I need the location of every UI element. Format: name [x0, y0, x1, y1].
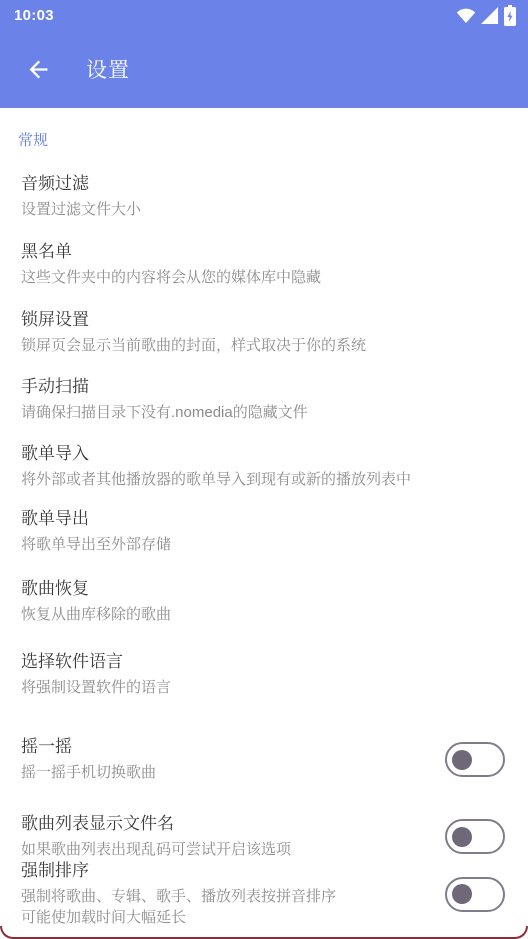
toggle-switch[interactable] [445, 742, 505, 777]
list-item-subtitle: 如果歌曲列表出现乱码可尝试开启该选项 [21, 840, 433, 860]
list-item-title: 歌单导入 [21, 443, 433, 465]
toggle-switch[interactable] [445, 877, 505, 912]
list-item[interactable]: 锁屏设置 锁屏页会显示当前歌曲的封面，样式取决于你的系统 [21, 309, 505, 356]
battery-charging-icon [504, 5, 516, 26]
list-item-title: 锁屏设置 [21, 309, 433, 331]
list-item[interactable]: 歌单导出 将歌单导出至外部存储 [21, 508, 505, 555]
list-item-text: 锁屏设置 锁屏页会显示当前歌曲的封面，样式取决于你的系统 [21, 309, 433, 356]
toggle-knob [452, 750, 472, 770]
list-item-title: 歌曲列表显示文件名 [21, 813, 433, 835]
status-icons [456, 5, 516, 26]
toggle-knob [452, 884, 472, 904]
section-label: 常规 [18, 131, 505, 151]
list-item-title: 摇一摇 [21, 736, 433, 758]
list-item-text: 黑名单 这些文件夹中的内容将会从您的媒体库中隐藏 [21, 241, 433, 288]
status-bar: 10:03 [0, 0, 528, 30]
list-item-title: 歌曲恢复 [21, 578, 433, 600]
list-item[interactable]: 手动扫描 请确保扫描目录下没有.nomedia的隐藏文件 [21, 376, 505, 423]
list-item-subtitle: 摇一摇手机切换歌曲 [21, 763, 433, 783]
list-item[interactable]: 歌曲恢复 恢复从曲库移除的歌曲 [21, 578, 505, 625]
list-item-subtitle: 将外部或者其他播放器的歌单导入到现有或新的播放列表中 [21, 470, 433, 490]
status-time: 10:03 [14, 7, 54, 24]
cellular-signal-icon [481, 7, 499, 24]
list-item-text: 音频过滤 设置过滤文件大小 [21, 173, 433, 220]
settings-list: 常规 音频过滤 设置过滤文件大小 黑名单 这些文件夹中的内容将会从您的媒体库中隐… [0, 131, 528, 928]
list-item[interactable]: 摇一摇 摇一摇手机切换歌曲 [21, 736, 505, 783]
list-item-subtitle: 锁屏页会显示当前歌曲的封面，样式取决于你的系统 [21, 336, 433, 356]
list-item-text: 手动扫描 请确保扫描目录下没有.nomedia的隐藏文件 [21, 376, 433, 423]
list-item-title: 黑名单 [21, 241, 433, 263]
list-item[interactable]: 选择软件语言 将强制设置软件的语言 [21, 651, 505, 698]
list-item-title: 音频过滤 [21, 173, 433, 195]
list-item-title: 选择软件语言 [21, 651, 433, 673]
list-item[interactable]: 强制排序 强制将歌曲、专辑、歌手、播放列表按拼音排序 可能使加载时间大幅延长 [21, 860, 505, 928]
list-item-subtitle-line2: 可能使加载时间大幅延长 [21, 908, 433, 928]
app-bar: 设置 [0, 30, 528, 108]
list-item-text: 歌单导入 将外部或者其他播放器的歌单导入到现有或新的播放列表中 [21, 443, 433, 490]
list-item-text: 摇一摇 摇一摇手机切换歌曲 [21, 736, 433, 783]
list-item-text: 选择软件语言 将强制设置软件的语言 [21, 651, 433, 698]
page-title: 设置 [86, 54, 130, 84]
list-item[interactable]: 歌曲列表显示文件名 如果歌曲列表出现乱码可尝试开启该选项 [21, 813, 505, 860]
list-item-text: 强制排序 强制将歌曲、专辑、歌手、播放列表按拼音排序 可能使加载时间大幅延长 [21, 860, 433, 928]
toggle-knob [452, 827, 472, 847]
back-button[interactable] [18, 49, 58, 89]
list-item-text: 歌单导出 将歌单导出至外部存储 [21, 508, 433, 555]
list-item-title: 手动扫描 [21, 376, 433, 398]
list-item-subtitle: 将强制设置软件的语言 [21, 678, 433, 698]
list-item-subtitle: 请确保扫描目录下没有.nomedia的隐藏文件 [21, 403, 433, 423]
list-item-subtitle: 这些文件夹中的内容将会从您的媒体库中隐藏 [21, 268, 433, 288]
list-item-text: 歌曲恢复 恢复从曲库移除的歌曲 [21, 578, 433, 625]
list-item-subtitle: 恢复从曲库移除的歌曲 [21, 605, 433, 625]
list-item-title: 强制排序 [21, 860, 433, 882]
list-item[interactable]: 黑名单 这些文件夹中的内容将会从您的媒体库中隐藏 [21, 241, 505, 288]
settings-screen: 10:03 [0, 0, 528, 939]
list-item-text: 歌曲列表显示文件名 如果歌曲列表出现乱码可尝试开启该选项 [21, 813, 433, 860]
toggle-switch[interactable] [445, 819, 505, 854]
list-item-title: 歌单导出 [21, 508, 433, 530]
list-item-subtitle: 强制将歌曲、专辑、歌手、播放列表按拼音排序 [21, 887, 433, 907]
wifi-icon [456, 7, 476, 24]
list-item-subtitle: 设置过滤文件大小 [21, 200, 433, 220]
list-item-subtitle: 将歌单导出至外部存储 [21, 535, 433, 555]
list-item[interactable]: 歌单导入 将外部或者其他播放器的歌单导入到现有或新的播放列表中 [21, 443, 505, 490]
list-item[interactable]: 音频过滤 设置过滤文件大小 [21, 173, 505, 220]
